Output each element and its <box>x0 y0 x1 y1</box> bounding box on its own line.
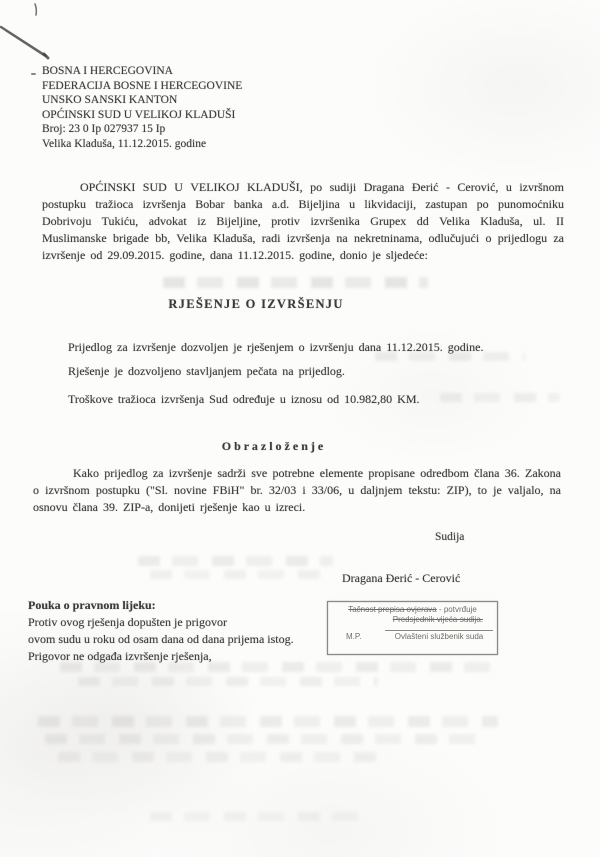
bleed-through-artifact <box>78 677 378 686</box>
certification-stamp-box: Tačnost prepisa ovjerava - potvrđuje Pre… <box>327 601 498 655</box>
scanned-court-document-page: BOSNA I HERCEGOVINA FEDERACIJA BOSNE I H… <box>0 0 600 857</box>
stamp-mp-label: M.P. <box>346 632 361 642</box>
bleed-through-artifact <box>440 393 560 402</box>
legal-remedy-line: Protiv ovog rješenja dopušten je prigovo… <box>28 614 294 631</box>
bleed-through-artifact <box>150 570 320 579</box>
case-number-line: Broj: 23 0 Ip 027937 15 Ip <box>42 122 242 137</box>
scan-speck <box>31 73 36 75</box>
stamp-certify-line: Tačnost prepisa ovjerava - potvrđuje <box>332 605 493 615</box>
federation-line: FEDERACIJA BOSNE I HERCEGOVINE <box>42 79 242 94</box>
court-header-block: BOSNA I HERCEGOVINA FEDERACIJA BOSNE I H… <box>42 64 242 151</box>
reasoning-paragraph: Kako prijedlog za izvršenje sadrži sve p… <box>33 465 561 516</box>
bleed-through-artifact <box>38 716 498 727</box>
stamp-struck-text: Tačnost prepisa ovjerava <box>348 605 437 614</box>
stamp-certify-text: - potvrđuje <box>439 605 477 614</box>
bleed-through-artifact <box>163 277 428 288</box>
stamp-president-judge-line: Predsjednik vijeća-sudija. <box>332 615 493 625</box>
legal-remedy-line: ovom sudu u roku od osam dana od dana pr… <box>28 631 294 648</box>
legal-remedy-heading: Pouka o pravnom lijeku: <box>28 597 294 614</box>
reasoning-heading: O b r a z l o ž e n j e <box>0 439 545 454</box>
country-line: BOSNA I HERCEGOVINA <box>42 64 242 79</box>
canton-line: UNSKO SANSKI KANTON <box>42 93 242 108</box>
decision-paragraph: Rješenje je dozvoljeno stavljanjem pečat… <box>33 363 561 380</box>
document-title: RJEŠENJE O IZVRŠENJU <box>0 297 512 312</box>
legal-remedy-block: Pouka o pravnom lijeku: Protiv ovog rješ… <box>28 597 294 665</box>
judge-label: Sudija <box>435 531 464 543</box>
bleed-through-artifact <box>375 352 525 361</box>
bleed-through-artifact <box>45 734 485 744</box>
bleed-through-artifact <box>60 662 490 672</box>
court-name-line: OPĆINSKI SUD U VELIKOJ KLADUŠI <box>42 108 242 123</box>
bleed-through-artifact <box>150 812 370 821</box>
bleed-through-artifact <box>58 752 388 762</box>
bleed-through-artifact <box>138 556 333 566</box>
judge-signature-name: Dragana Đerić - Cerović <box>342 571 460 586</box>
place-date-line: Velika Kladuša, 11.12.2015. godine <box>42 137 242 152</box>
intro-paragraph: OPĆINSKI SUD U VELIKOJ KLADUŠI, po sudij… <box>42 179 564 264</box>
stamp-authorized-officer-line: Ovlašteni službenik suda <box>385 630 493 642</box>
